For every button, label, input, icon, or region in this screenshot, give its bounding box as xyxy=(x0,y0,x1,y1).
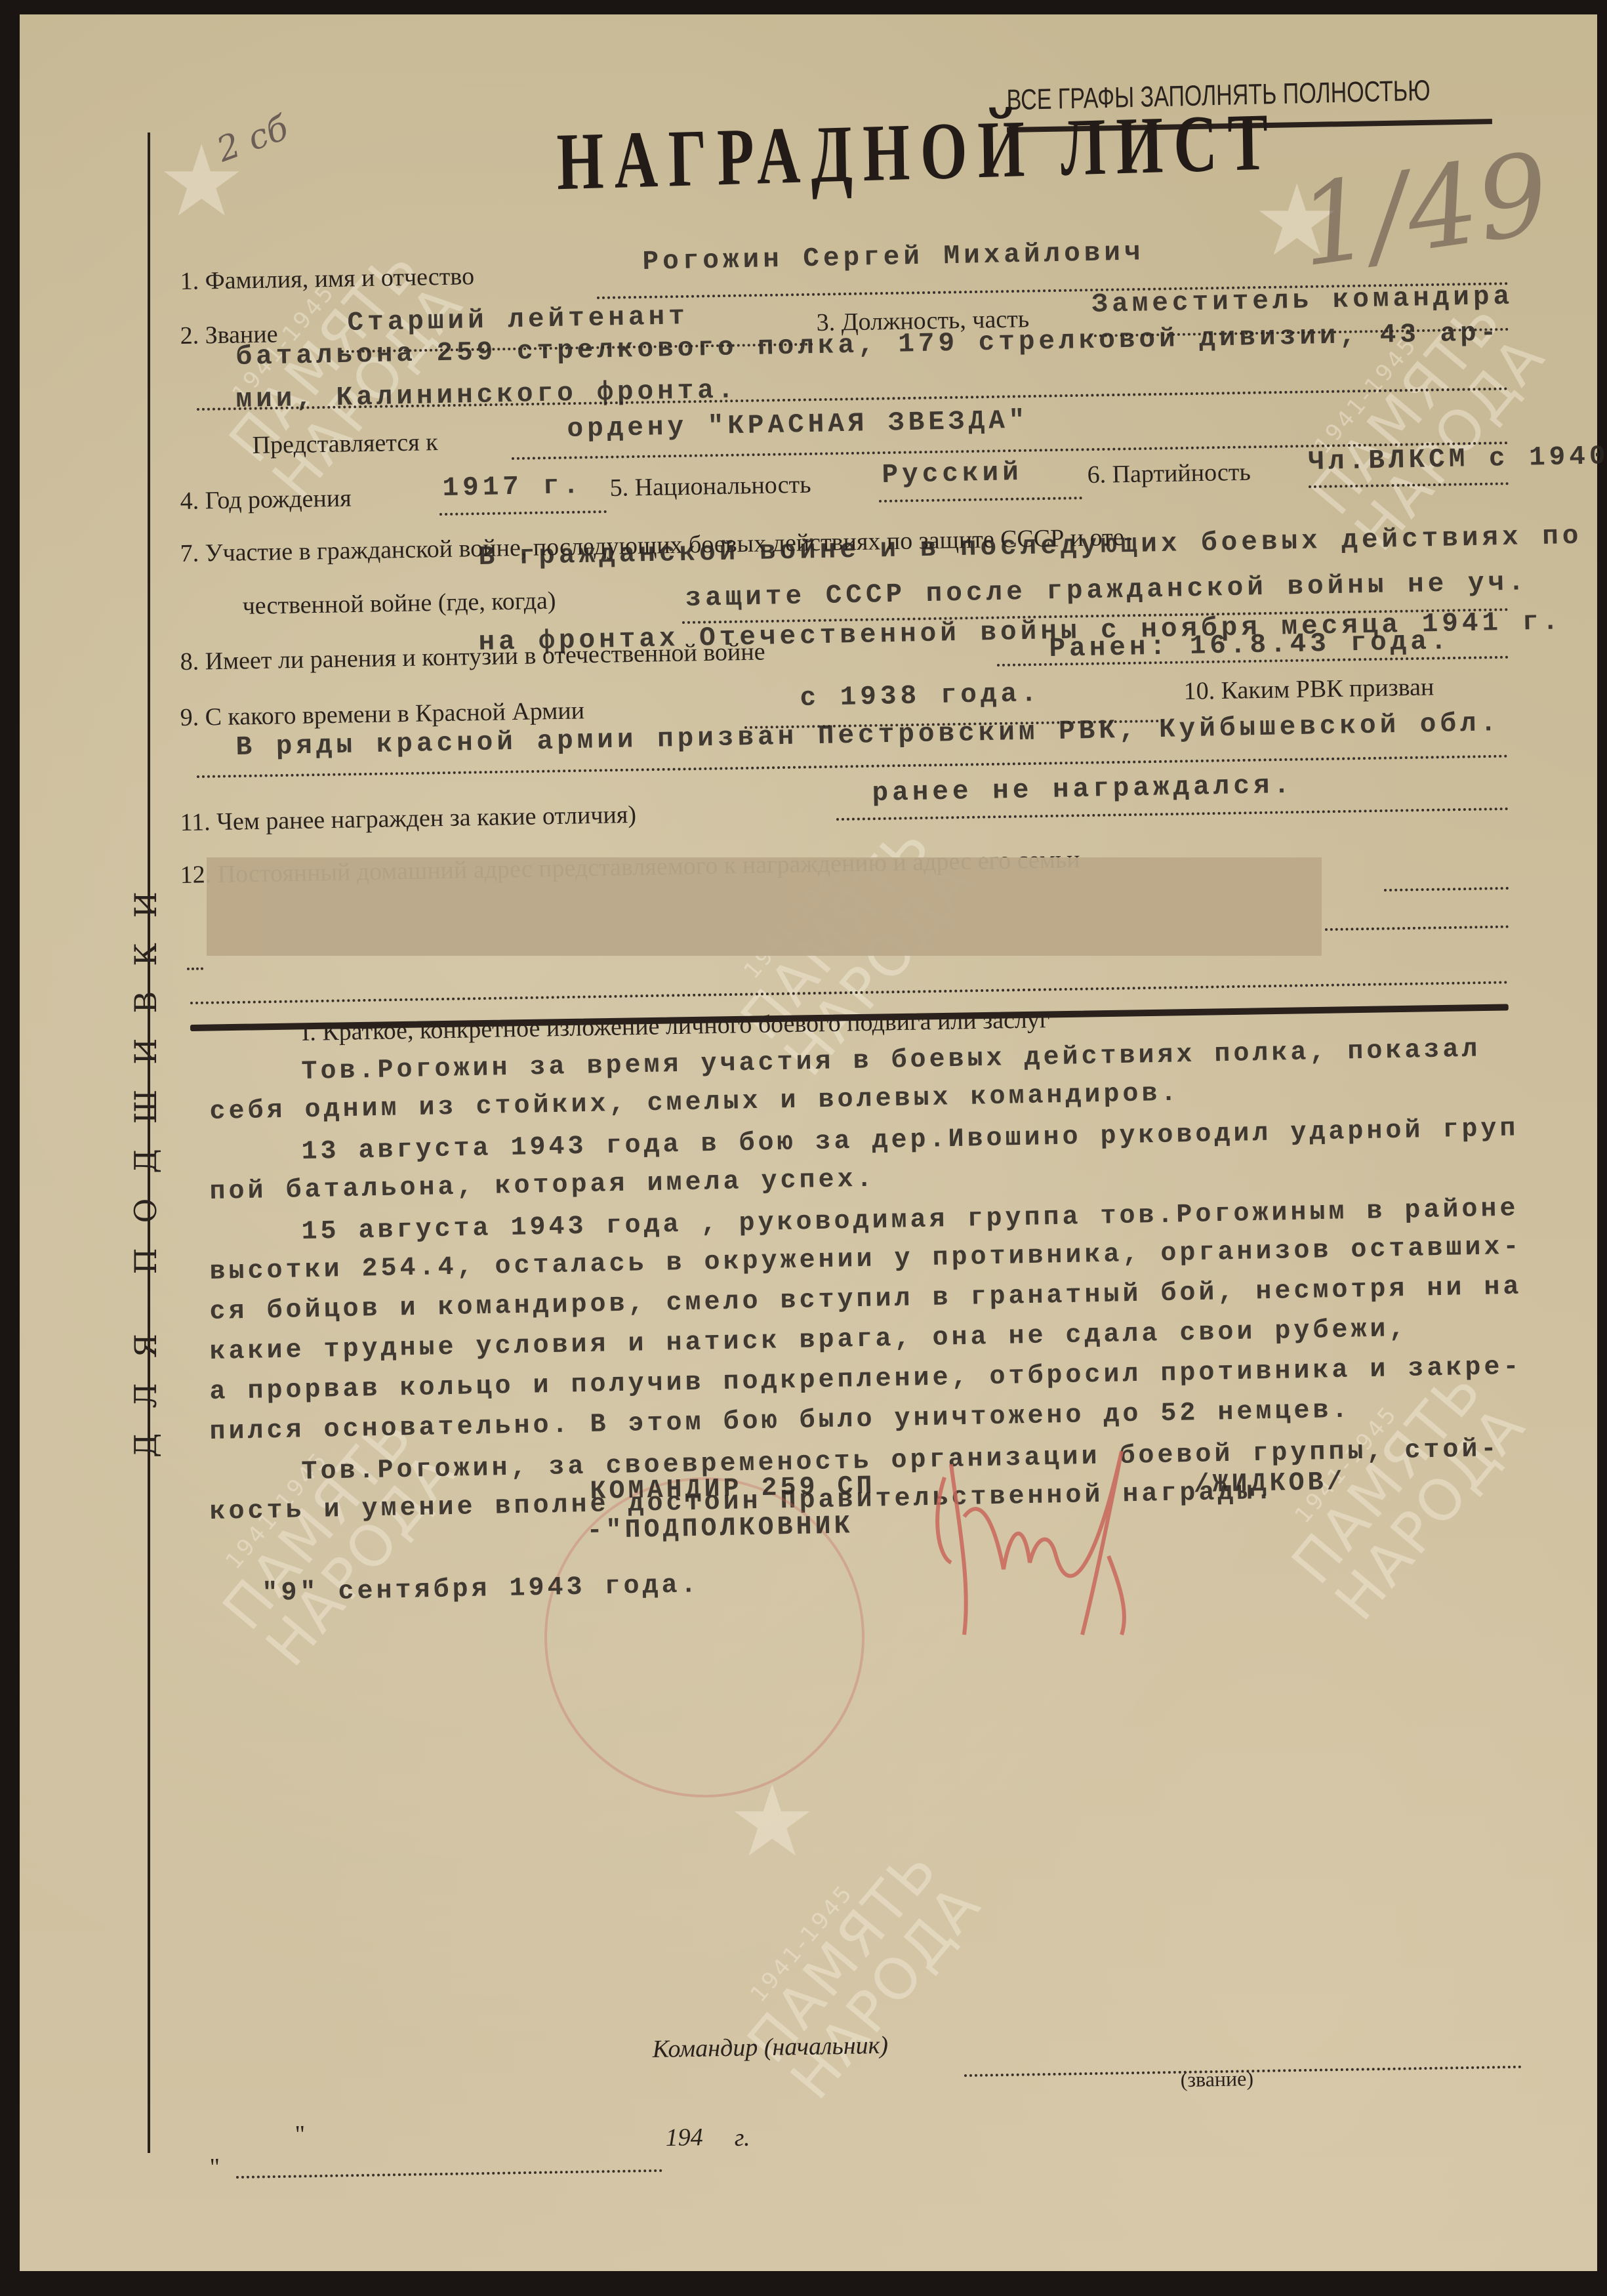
document-title: НАГРАДНОЙ ЛИСТ xyxy=(556,94,1279,209)
field-8-label: 8. Имеет ли ранения и контузии в отечест… xyxy=(180,637,765,676)
field-6-label: 6. Партийность xyxy=(1087,458,1251,489)
watermark: 1941-1945 ПАМЯТЬНАРОДА xyxy=(1286,276,1555,561)
field-4-line xyxy=(439,510,607,516)
section-i-line: себя одним из стойких, смелых и волевых … xyxy=(209,1079,1180,1127)
commander-label: Командир (начальник) xyxy=(652,2031,888,2064)
signatory-title-line-2: -"ПОДПОЛКОВНИК xyxy=(586,1511,853,1546)
rank-caption: (звание) xyxy=(1180,2066,1253,2092)
field-11-label: 11. Чем ранее награжден за какие отличия… xyxy=(180,800,636,837)
field-12-line xyxy=(1384,887,1509,892)
redacted-address xyxy=(207,857,1322,956)
year-suffix: г. xyxy=(734,2123,750,2152)
signature-icon xyxy=(925,1438,1200,1648)
field-5-label: 5. Национальность xyxy=(609,470,811,502)
year-prefix: 194 xyxy=(665,2123,703,2152)
field-10-label: 10. Каким РВК призван xyxy=(1183,672,1434,706)
field-5-value: Русский xyxy=(882,458,1023,491)
field-7-value-line-2: защите СССР после гражданской войны не у… xyxy=(685,567,1528,614)
date-line xyxy=(236,2169,662,2179)
field-1-label: 1. Фамилия, имя и отчество xyxy=(180,262,474,296)
field-12-line-2 xyxy=(1325,926,1509,931)
date-quote-close: " xyxy=(295,2120,305,2149)
field-12-line-3 xyxy=(187,968,203,970)
field-11-value: ранее не награждался. xyxy=(872,771,1293,809)
award-sheet-paper: ★ 1941-1945 ПАМЯТЬНАРОДА ★ 1941-1945 ПАМ… xyxy=(20,14,1597,2271)
nomination-value: ордену "КРАСНАЯ ЗВЕЗДА" xyxy=(567,405,1029,445)
field-4-value: 1917 г. xyxy=(442,471,583,504)
section-i-heading: I. Краткое, конкретное изложение личного… xyxy=(301,1005,1050,1047)
field-9-value: с 1938 года. xyxy=(800,679,1041,714)
date-quote-open: " xyxy=(209,2153,220,2182)
field-4-label: 4. Год рождения xyxy=(180,483,352,516)
section-i-line: 13 августа 1943 года в бою за дер.Ивошин… xyxy=(301,1114,1519,1167)
section-i-line: пой батальона, которая имела успех. xyxy=(209,1165,876,1207)
nomination-label: Представляется к xyxy=(252,428,438,460)
binding-margin-label: ДЛЯ ПОДШИВКИ xyxy=(128,867,163,1458)
field-7-label-line-2: чественной войне (где, когда) xyxy=(242,586,556,621)
field-6-value: Чл.ВЛКСМ с 1940 xyxy=(1308,441,1607,478)
field-1-value: Рогожин Сергей Михайлович xyxy=(642,237,1145,277)
handwritten-number: 1/49 xyxy=(1291,129,1557,292)
field-2-value: Старший лейтенант xyxy=(347,302,689,338)
signatory-title-line-1: КОМАНДИР 259 СП xyxy=(590,1472,876,1507)
handwritten-corner-note: 2 сб xyxy=(212,108,293,170)
signatory-name: /ЖИДКОВ/ xyxy=(1193,1468,1346,1500)
field-11-line xyxy=(836,808,1509,821)
field-5-line xyxy=(879,497,1082,502)
